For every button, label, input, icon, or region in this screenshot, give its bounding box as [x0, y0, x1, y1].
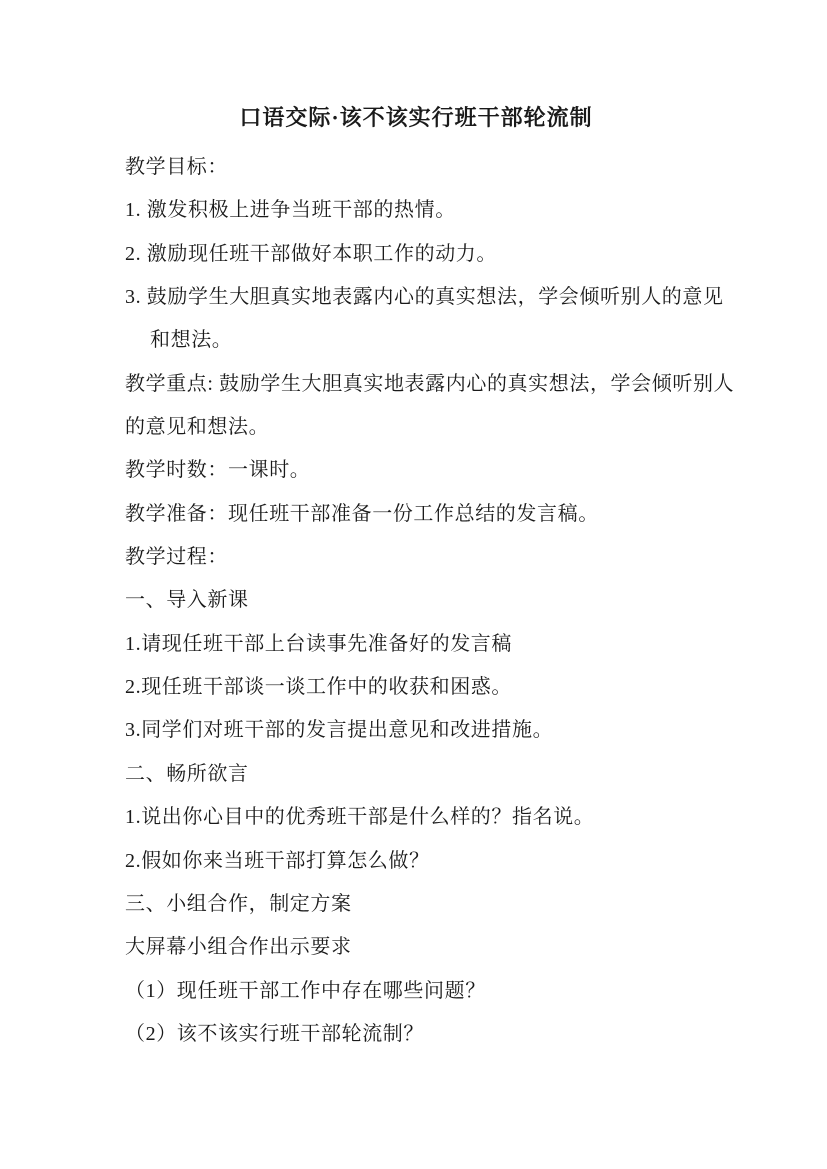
document-line: 教学目标：: [125, 146, 725, 189]
document-line: 教学重点: 鼓励学生大胆真实地表露内心的真实想法，学会倾听别人: [125, 363, 725, 406]
document-line: （1）现任班干部工作中存在哪些问题？: [125, 970, 725, 1013]
document-line: 3.同学们对班干部的发言提出意见和改进措施。: [125, 709, 725, 752]
document-line: （2）该不该实行班干部轮流制？: [125, 1013, 725, 1056]
document-line: 教学过程：: [125, 536, 725, 579]
document-line: 教学准备：现任班干部准备一份工作总结的发言稿。: [125, 493, 725, 536]
document-line: 和想法。: [125, 319, 725, 362]
document-line: 1.请现任班干部上台读事先准备好的发言稿: [125, 623, 725, 666]
document-line: 三、小组合作，制定方案: [125, 883, 725, 926]
document-body: 教学目标：1. 激发积极上进争当班干部的热情。2. 激励现任班干部做好本职工作的…: [125, 146, 725, 1056]
document-line: 2. 激励现任班干部做好本职工作的动力。: [125, 233, 725, 276]
document-line: 的意见和想法。: [125, 406, 725, 449]
document-title: 口语交际·该不该实行班干部轮流制: [125, 103, 707, 133]
document-line: 一、导入新课: [125, 579, 725, 622]
document-line: 教学时数：一课时。: [125, 449, 725, 492]
document-line: 2.假如你来当班干部打算怎么做？: [125, 840, 725, 883]
document-line: 大屏幕小组合作出示要求: [125, 926, 725, 969]
document-line: 1.说出你心目中的优秀班干部是什么样的？指名说。: [125, 796, 725, 839]
document-line: 1. 激发积极上进争当班干部的热情。: [125, 189, 725, 232]
document-line: 2.现任班干部谈一谈工作中的收获和困惑。: [125, 666, 725, 709]
document-page: 口语交际·该不该实行班干部轮流制 教学目标：1. 激发积极上进争当班干部的热情。…: [0, 0, 827, 1169]
document-line: 3. 鼓励学生大胆真实地表露内心的真实想法，学会倾听别人的意见: [125, 276, 725, 319]
document-line: 二、畅所欲言: [125, 753, 725, 796]
